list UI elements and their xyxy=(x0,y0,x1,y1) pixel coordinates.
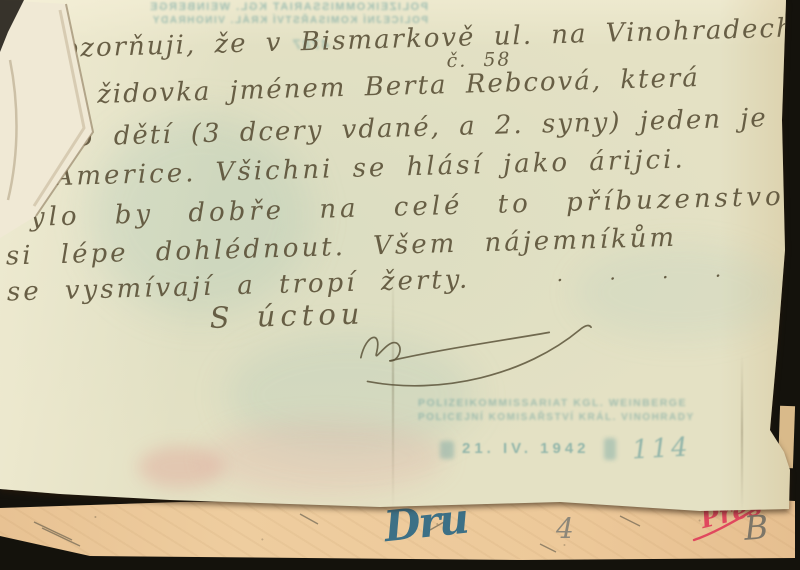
letter-sheet: POLIZEIKOMMISSARIAT KGL. WEINBERGE POLIC… xyxy=(0,0,800,514)
letter-closing: S úctou xyxy=(209,297,365,335)
folded-corner xyxy=(0,0,120,255)
signature-flourish xyxy=(344,311,596,398)
letter-line: Upozorňuji, že v Bismarkově ul. na Vinoh… xyxy=(20,13,800,65)
trailing-dots: . . . . xyxy=(556,257,737,286)
scanned-document-page: Dru 4 Pres B POLIZEIKOMMISSARIAT KGL. WE… xyxy=(0,0,800,570)
handwritten-letter-text: Upozorňuji, že v Bismarkově ul. na Vinoh… xyxy=(0,0,800,516)
letter-sheet-wrapper: POLIZEIKOMMISSARIAT KGL. WEINBERGE POLIC… xyxy=(0,0,800,570)
letter-line: žije židovka jménem Berta Rebcová, která xyxy=(25,63,700,112)
